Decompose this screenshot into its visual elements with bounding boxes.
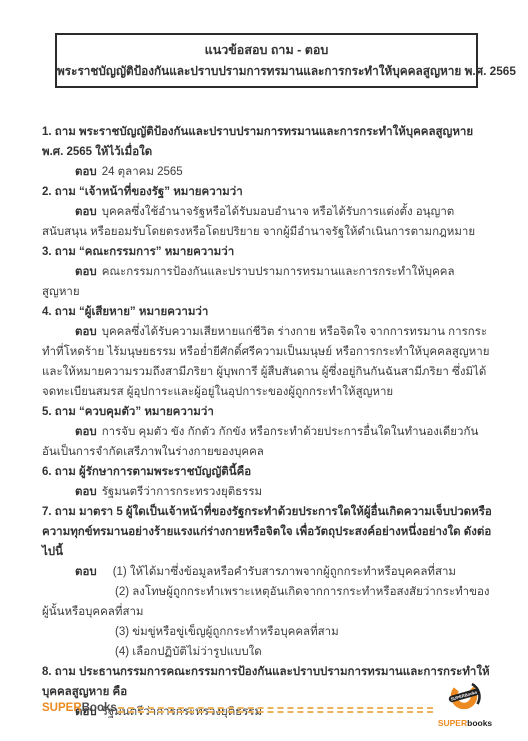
question-2: 2. ถาม “เจ้าหน้าที่ของรัฐ” หมายความว่า — [42, 182, 492, 202]
question-4: 4. ถาม “ผู้เสียหาย” หมายความว่า — [42, 302, 492, 322]
answer-label: ตอบ — [75, 486, 97, 498]
answer-text: บุคคลซึ่งใช้อำนาจรัฐหรือได้รับมอบอำนาจ ห… — [42, 206, 475, 238]
footer-brand-orange: SUPER — [42, 702, 82, 714]
qa-item-2: 2. ถาม “เจ้าหน้าที่ของรัฐ” หมายความว่า ต… — [42, 182, 492, 242]
logo-wordmark-dark: books — [467, 718, 492, 728]
answer-3: ตอบคณะกรรมการป้องกันและปราบปรามการทรมานแ… — [42, 262, 492, 302]
answer-option-text: (1) ให้ได้มาซึ่งข้อมูลหรือคำรับสารภาพจาก… — [113, 566, 456, 578]
dash-line-bottom — [118, 711, 433, 713]
footer-brand: SUPERBooks — [42, 702, 117, 714]
qa-item-1: 1. ถาม พระราชบัญญัติป้องกันและปราบปรามกา… — [42, 122, 492, 182]
logo-wordmark: SUPERbooks — [435, 719, 495, 728]
page-footer: SUPERBooks SUPERBooks SUPERbooks — [42, 682, 495, 730]
superbooks-logo-icon: SUPERBooks — [446, 682, 484, 714]
answer-6: ตอบรัฐมนตรีว่าการกระทรวงยุติธรรม — [42, 482, 492, 502]
answer-label: ตอบ — [75, 566, 97, 578]
answer-text: บุคคลซึ่งได้รับความเสียหายแก่ชีวิต ร่างก… — [42, 326, 489, 398]
dash-line-top — [118, 707, 433, 709]
document-subtitle: พระราชบัญญัติป้องกันและปราบปรามการทรมานแ… — [57, 61, 476, 82]
logo-wordmark-orange: SUPER — [438, 718, 467, 728]
document-title: แนวข้อสอบ ถาม - ตอบ — [57, 40, 476, 61]
answer-label: ตอบ — [75, 266, 97, 278]
publisher-logo: SUPERBooks SUPERbooks — [435, 682, 495, 728]
answer-text: รัฐมนตรีว่าการกระทรวงยุติธรรม — [102, 486, 262, 498]
footer-brand-dark: Books — [82, 702, 117, 714]
qa-item-7: 7. ถาม มาตรา 5 ผู้ใดเป็นเจ้าหน้าที่ของรั… — [42, 502, 492, 662]
qa-content: 1. ถาม พระราชบัญญัติป้องกันและปราบปรามกา… — [42, 122, 492, 722]
answer-4: ตอบบุคคลซึ่งได้รับความเสียหายแก่ชีวิต ร่… — [42, 322, 492, 402]
question-3: 3. ถาม “คณะกรรมการ” หมายความว่า — [42, 242, 492, 262]
answer-5: ตอบการจับ คุมตัว ขัง กักตัว กักขัง หรือก… — [42, 422, 492, 462]
answer-label: ตอบ — [75, 426, 97, 438]
question-6: 6. ถาม ผู้รักษาการตามพระราชบัญญัตินี้คือ — [42, 462, 492, 482]
answer-7-option-3: (3) ข่มขู่หรือขู่เข็ญผู้ถูกกระทำหรือบุคค… — [42, 622, 492, 642]
answer-label: ตอบ — [75, 206, 97, 218]
answer-text: 24 ตุลาคม 2565 — [102, 166, 183, 178]
answer-text: คณะกรรมการป้องกันและปราบปรามการทรมานและก… — [42, 266, 455, 298]
answer-7-option-4: (4) เลือกปฏิบัติไม่ว่ารูปแบบใด — [42, 642, 492, 662]
question-5: 5. ถาม “ควบคุมตัว” หมายความว่า — [42, 402, 492, 422]
qa-item-4: 4. ถาม “ผู้เสียหาย” หมายความว่า ตอบบุคคล… — [42, 302, 492, 402]
qa-item-3: 3. ถาม “คณะกรรมการ” หมายความว่า ตอบคณะกร… — [42, 242, 492, 302]
answer-7-option-2: (2) ลงโทษผู้ถูกกระทำเพราะเหตุอันเกิดจากก… — [42, 582, 492, 622]
footer-dashed-separator — [118, 707, 433, 714]
answer-label: ตอบ — [75, 166, 97, 178]
qa-item-5: 5. ถาม “ควบคุมตัว” หมายความว่า ตอบการจับ… — [42, 402, 492, 462]
answer-7-option-1: ตอบ(1) ให้ได้มาซึ่งข้อมูลหรือคำรับสารภาพ… — [42, 562, 492, 582]
answer-2: ตอบบุคคลซึ่งใช้อำนาจรัฐหรือได้รับมอบอำนา… — [42, 202, 492, 242]
document-page: แนวข้อสอบ ถาม - ตอบ พระราชบัญญัติป้องกัน… — [0, 0, 528, 741]
answer-1: ตอบ24 ตุลาคม 2565 — [42, 162, 492, 182]
answer-text: การจับ คุมตัว ขัง กักตัว กักขัง หรือกระท… — [42, 426, 478, 458]
answer-label: ตอบ — [75, 326, 97, 338]
qa-item-6: 6. ถาม ผู้รักษาการตามพระราชบัญญัตินี้คือ… — [42, 462, 492, 502]
question-7: 7. ถาม มาตรา 5 ผู้ใดเป็นเจ้าหน้าที่ของรั… — [42, 502, 492, 562]
question-1: 1. ถาม พระราชบัญญัติป้องกันและปราบปรามกา… — [42, 122, 492, 162]
header-box: แนวข้อสอบ ถาม - ตอบ พระราชบัญญัติป้องกัน… — [55, 33, 478, 88]
